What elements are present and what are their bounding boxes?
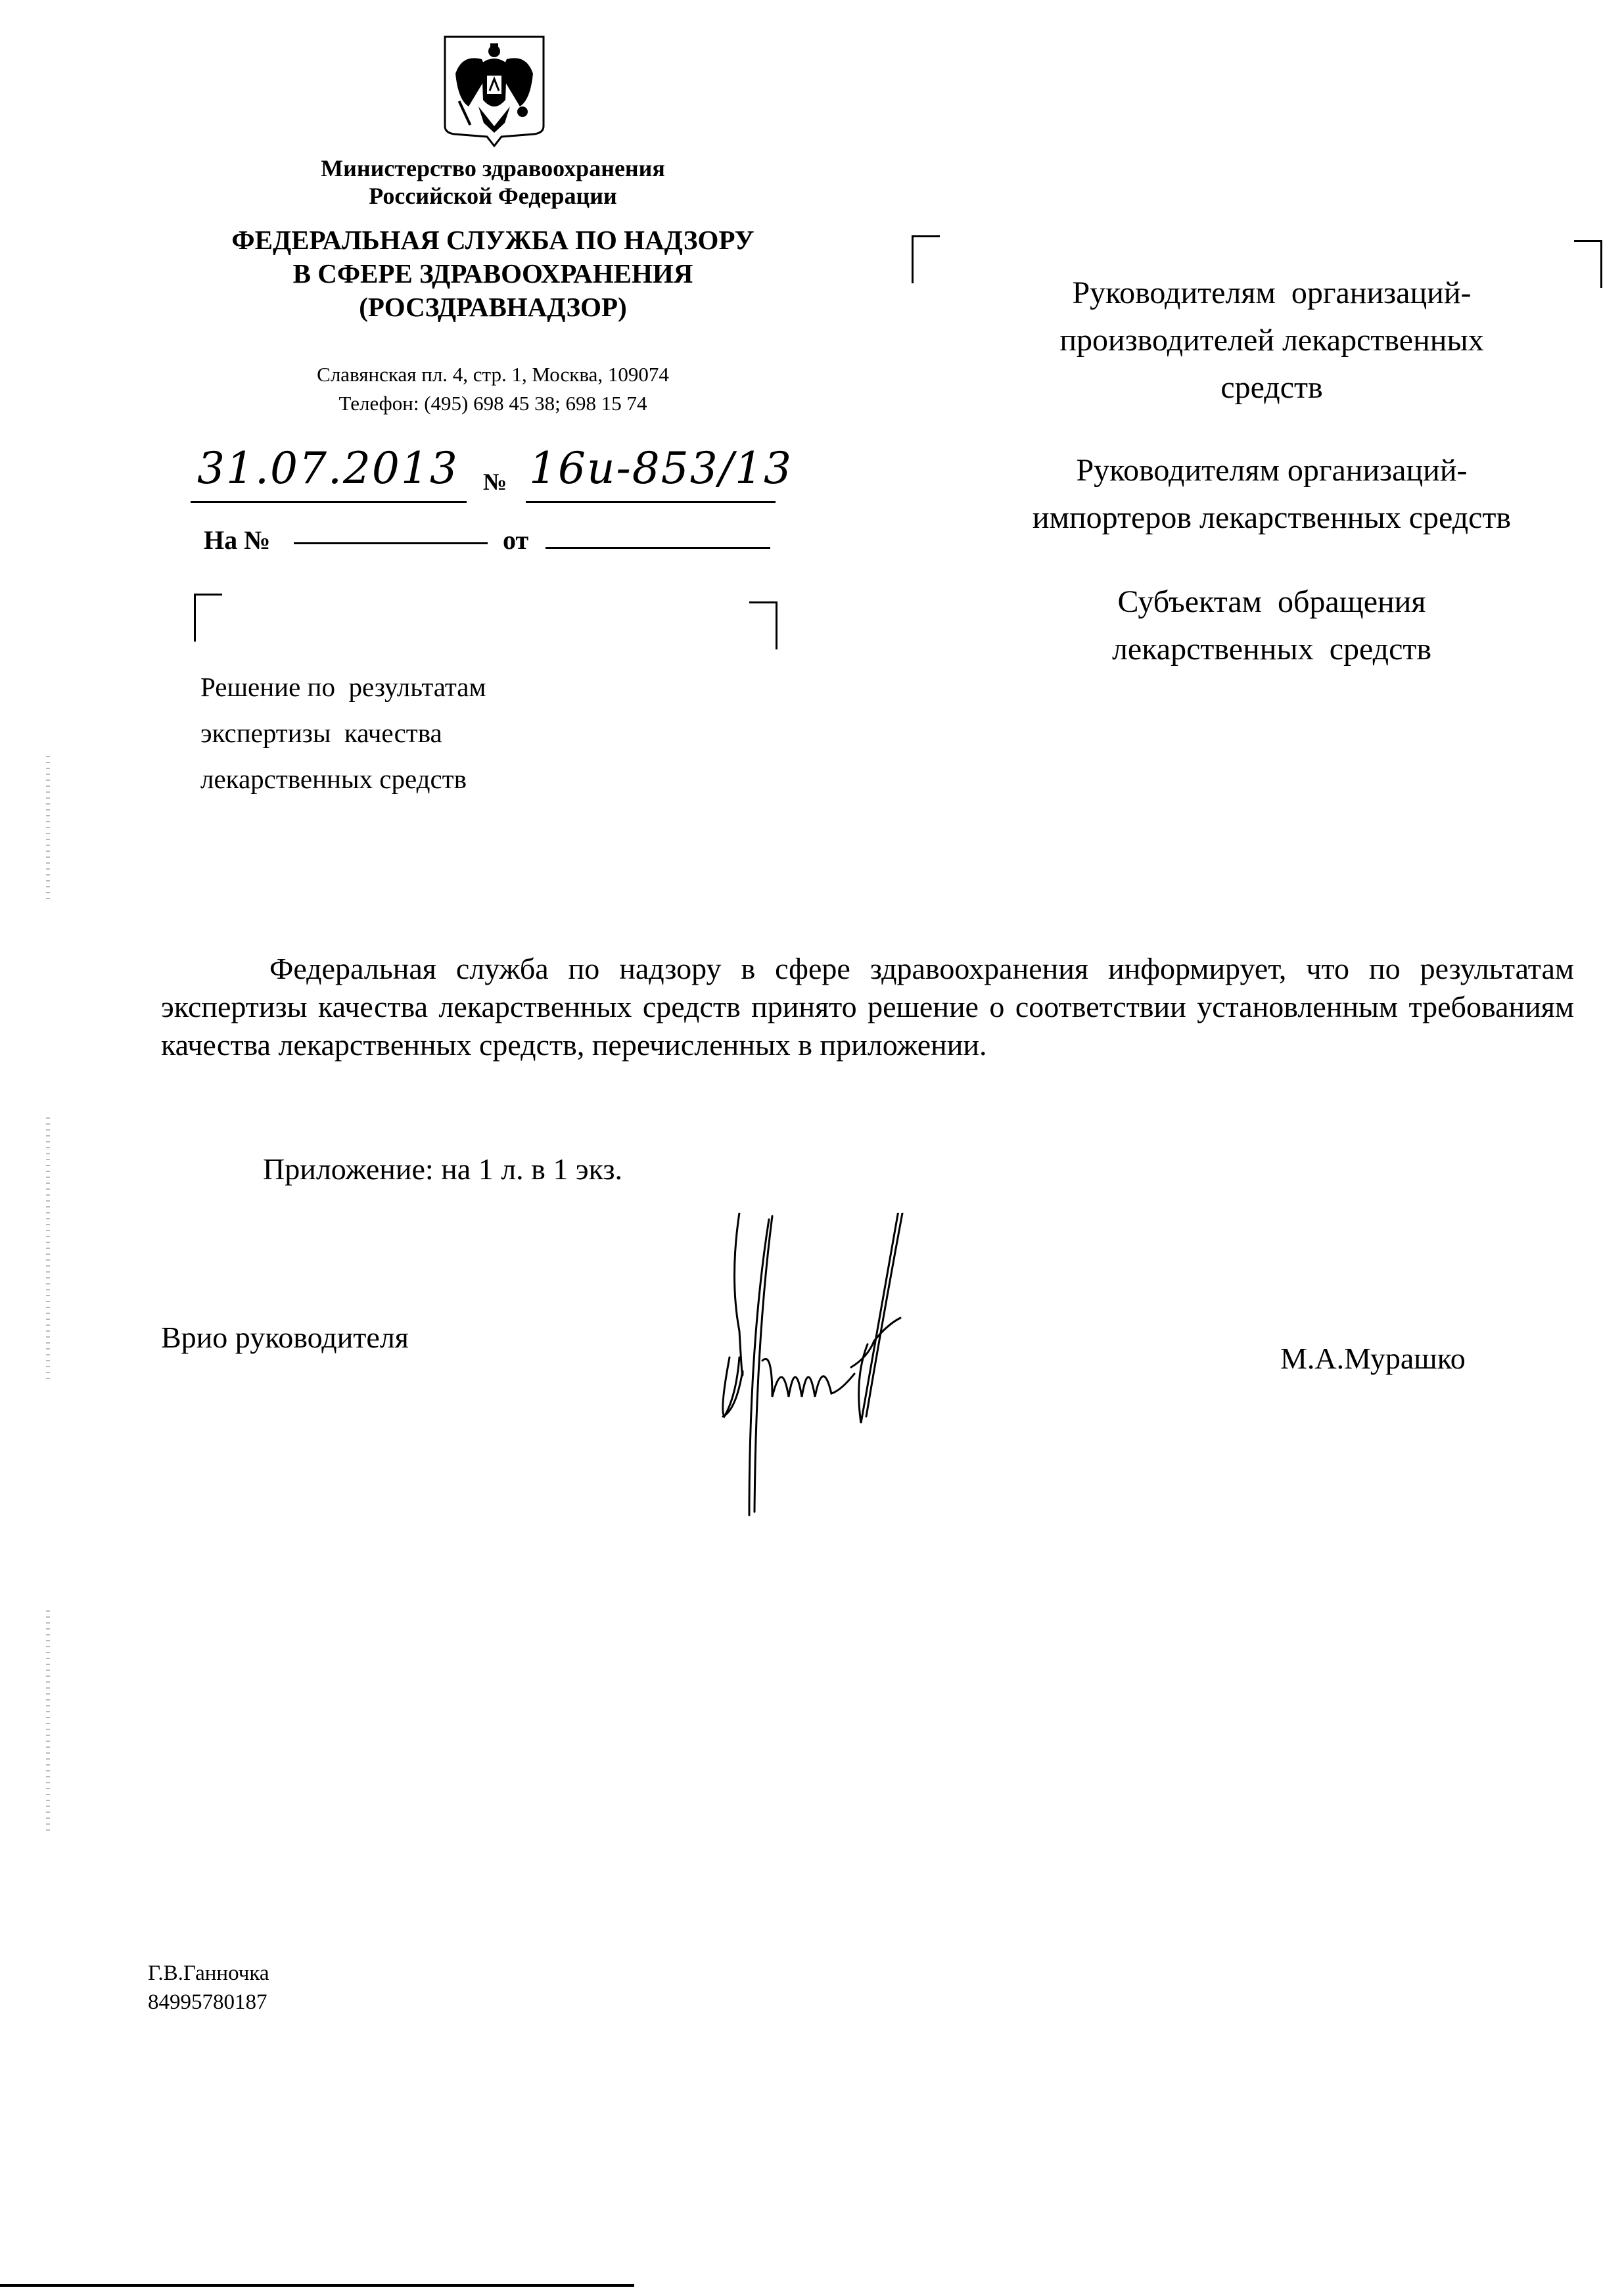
coat-of-arms-icon	[442, 34, 546, 147]
date-field: 31.07.2013	[191, 447, 467, 503]
number-field: 16и-853/13	[526, 447, 776, 503]
ministry-line-1: Министерство здравоохранения	[250, 154, 736, 182]
executor-name: Г.В.Ганночка	[148, 1959, 269, 1988]
address: Славянская пл. 4, стр. 1, Москва, 109074	[217, 360, 769, 389]
scan-artifact	[46, 1610, 50, 1834]
page-edge-line	[0, 2284, 634, 2287]
phone: Телефон: (495) 698 45 38; 698 15 74	[217, 389, 769, 418]
addressee-bracket-left	[912, 235, 940, 283]
subject-bracket-right	[749, 601, 777, 649]
scan-artifact	[46, 1117, 50, 1380]
subject-line-1: Решение по результатам	[200, 664, 661, 710]
service-line-3: (РОСЗДРАВНАДЗОР)	[184, 291, 802, 324]
service-line-2: В СФЕРЕ ЗДРАВООХРАНЕНИЯ	[184, 257, 802, 291]
body-paragraph: Федеральная служба по надзору в сфере зд…	[161, 950, 1574, 1064]
number-sign: №	[483, 468, 507, 496]
registration-number: 16и-853/13	[529, 443, 793, 494]
executor-info: Г.В.Ганночка 84995780187	[148, 1959, 269, 2017]
registration-date: 31.07.2013	[197, 443, 459, 494]
addressee-3: Субъектам обращения лекарственных средст…	[946, 578, 1597, 673]
subject-bracket-left	[194, 594, 222, 642]
letter-body: Федеральная служба по надзору в сфере зд…	[161, 950, 1574, 1064]
subject: Решение по результатам экспертизы качест…	[200, 664, 661, 802]
signatory-title: Врио руководителя	[161, 1320, 409, 1355]
addressee-1: Руководителям организаций- производителе…	[946, 269, 1597, 411]
handwritten-signature-icon	[710, 1213, 1052, 1528]
annex-note: Приложение: на 1 л. в 1 экз.	[263, 1152, 622, 1186]
from-label: от	[503, 525, 528, 555]
ministry-line-2: Российской Федерации	[250, 182, 736, 210]
service-name: ФЕДЕРАЛЬНАЯ СЛУЖБА ПО НАДЗОРУ В СФЕРЕ ЗД…	[184, 223, 802, 324]
service-line-1: ФЕДЕРАЛЬНАЯ СЛУЖБА ПО НАДЗОРУ	[184, 223, 802, 257]
subject-line-2: экспертизы качества	[200, 710, 661, 756]
subject-line-3: лекарственных средств	[200, 756, 661, 802]
ministry-name: Министерство здравоохранения Российской …	[250, 154, 736, 210]
addressee-2: Руководителям организаций- импортеров ле…	[946, 447, 1597, 542]
reply-number-field	[294, 542, 488, 544]
scan-artifact	[46, 756, 50, 901]
reply-to-label: На №	[204, 525, 270, 555]
executor-phone: 84995780187	[148, 1988, 269, 2017]
contact-block: Славянская пл. 4, стр. 1, Москва, 109074…	[217, 360, 769, 418]
from-date-field	[545, 547, 770, 549]
signatory-name: М.А.Мурашко	[1280, 1341, 1466, 1376]
